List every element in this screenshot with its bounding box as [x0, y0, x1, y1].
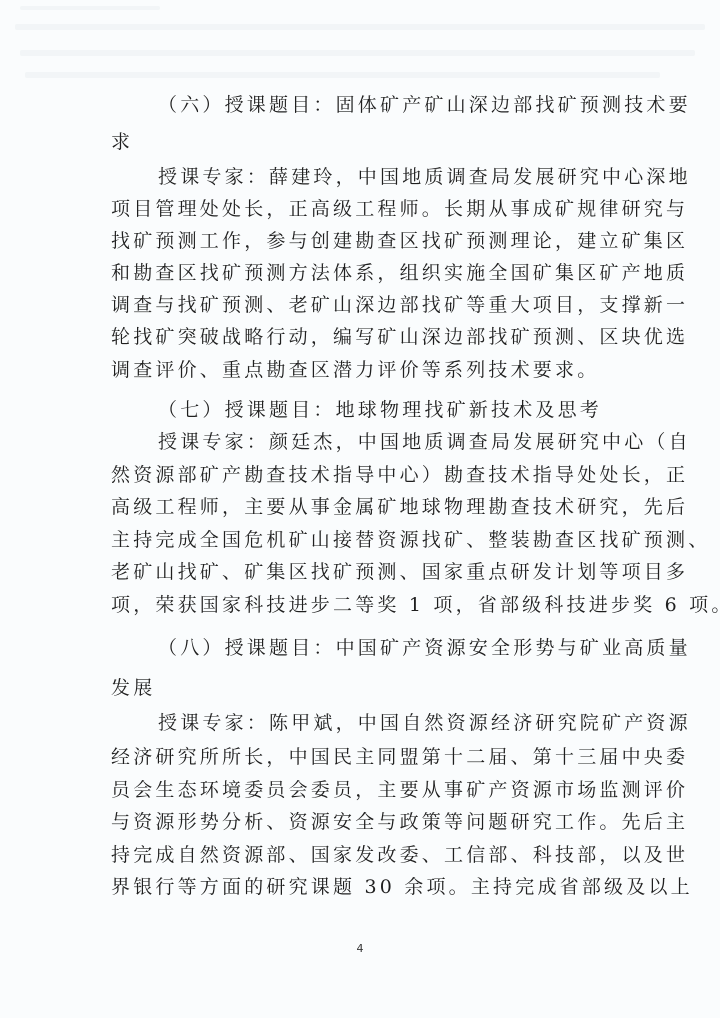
section-7-body-line: 项，荣获国家科技进步二等奖 1 项，省部级科技进步奖 6 项。: [111, 593, 611, 617]
section-6-body-line: 轮找矿突破战略行动，编写矿山深边部找矿预测、区块优选: [111, 325, 611, 349]
section-8-body-line: 授课专家：陈甲斌，中国自然资源经济研究院矿产资源: [111, 711, 611, 735]
bleed-through-mark: [20, 50, 695, 56]
bleed-through-mark: [20, 6, 160, 10]
section-8-body-line: 持完成自然资源部、国家发改委、工信部、科技部，以及世: [111, 843, 611, 867]
section-8-heading-line-1: （八）授课题目：中国矿产资源安全形势与矿业高质量: [111, 636, 611, 660]
section-7-body-line: 授课专家：颜廷杰，中国地质调查局发展研究中心（自: [111, 430, 611, 454]
section-6-body-line: 和勘查区找矿预测方法体系，组织实施全国矿集区矿产地质: [111, 261, 611, 285]
section-6-heading-line-1: （六）授课题目：固体矿产矿山深边部找矿预测技术要: [111, 93, 611, 117]
section-8-body-line: 界银行等方面的研究课题 30 余项。主持完成省部级及以上: [111, 875, 611, 899]
section-7-body-line: 主持完成全国危机矿山接替资源找矿、整装勘查区找矿预测、: [111, 528, 621, 552]
section-8-heading-line-2: 发展: [111, 676, 611, 700]
section-7-body-line: 高级工程师，主要从事金属矿地球物理勘查技术研究，先后: [111, 495, 611, 519]
bleed-through-mark: [15, 24, 705, 30]
page-number: 4: [0, 942, 720, 955]
section-6-body-line: 项目管理处处长，正高级工程师。长期从事成矿规律研究与: [111, 197, 611, 221]
section-8-body-line: 员会生态环境委员会委员，主要从事矿产资源市场监测评价: [111, 778, 611, 802]
section-8-body-line: 与资源形势分析、资源安全与政策等问题研究工作。先后主: [111, 810, 611, 834]
bleed-through-mark: [25, 72, 660, 78]
section-6-body-line: 调查评价、重点勘查区潜力评价等系列技术要求。: [111, 358, 611, 382]
section-7-heading-line-1: （七）授课题目：地球物理找矿新技术及思考: [111, 398, 611, 422]
section-6-body-line: 找矿预测工作，参与创建勘查区找矿预测理论，建立矿集区: [111, 229, 611, 253]
section-7-body-line: 然资源部矿产勘查技术指导中心）勘查技术指导处处长，正: [111, 463, 611, 487]
section-7-body-line: 老矿山找矿、矿集区找矿预测、国家重点研发计划等项目多: [111, 560, 611, 584]
section-6-body-line: 调查与找矿预测、老矿山深边部找矿等重大项目，支撑新一: [111, 293, 611, 317]
section-8-body-line: 经济研究所所长，中国民主同盟第十二届、第十三届中央委: [111, 745, 611, 769]
section-6-body-line: 授课专家：薛建玲，中国地质调查局发展研究中心深地: [111, 165, 611, 189]
section-6-heading-line-2: 求: [111, 130, 611, 154]
